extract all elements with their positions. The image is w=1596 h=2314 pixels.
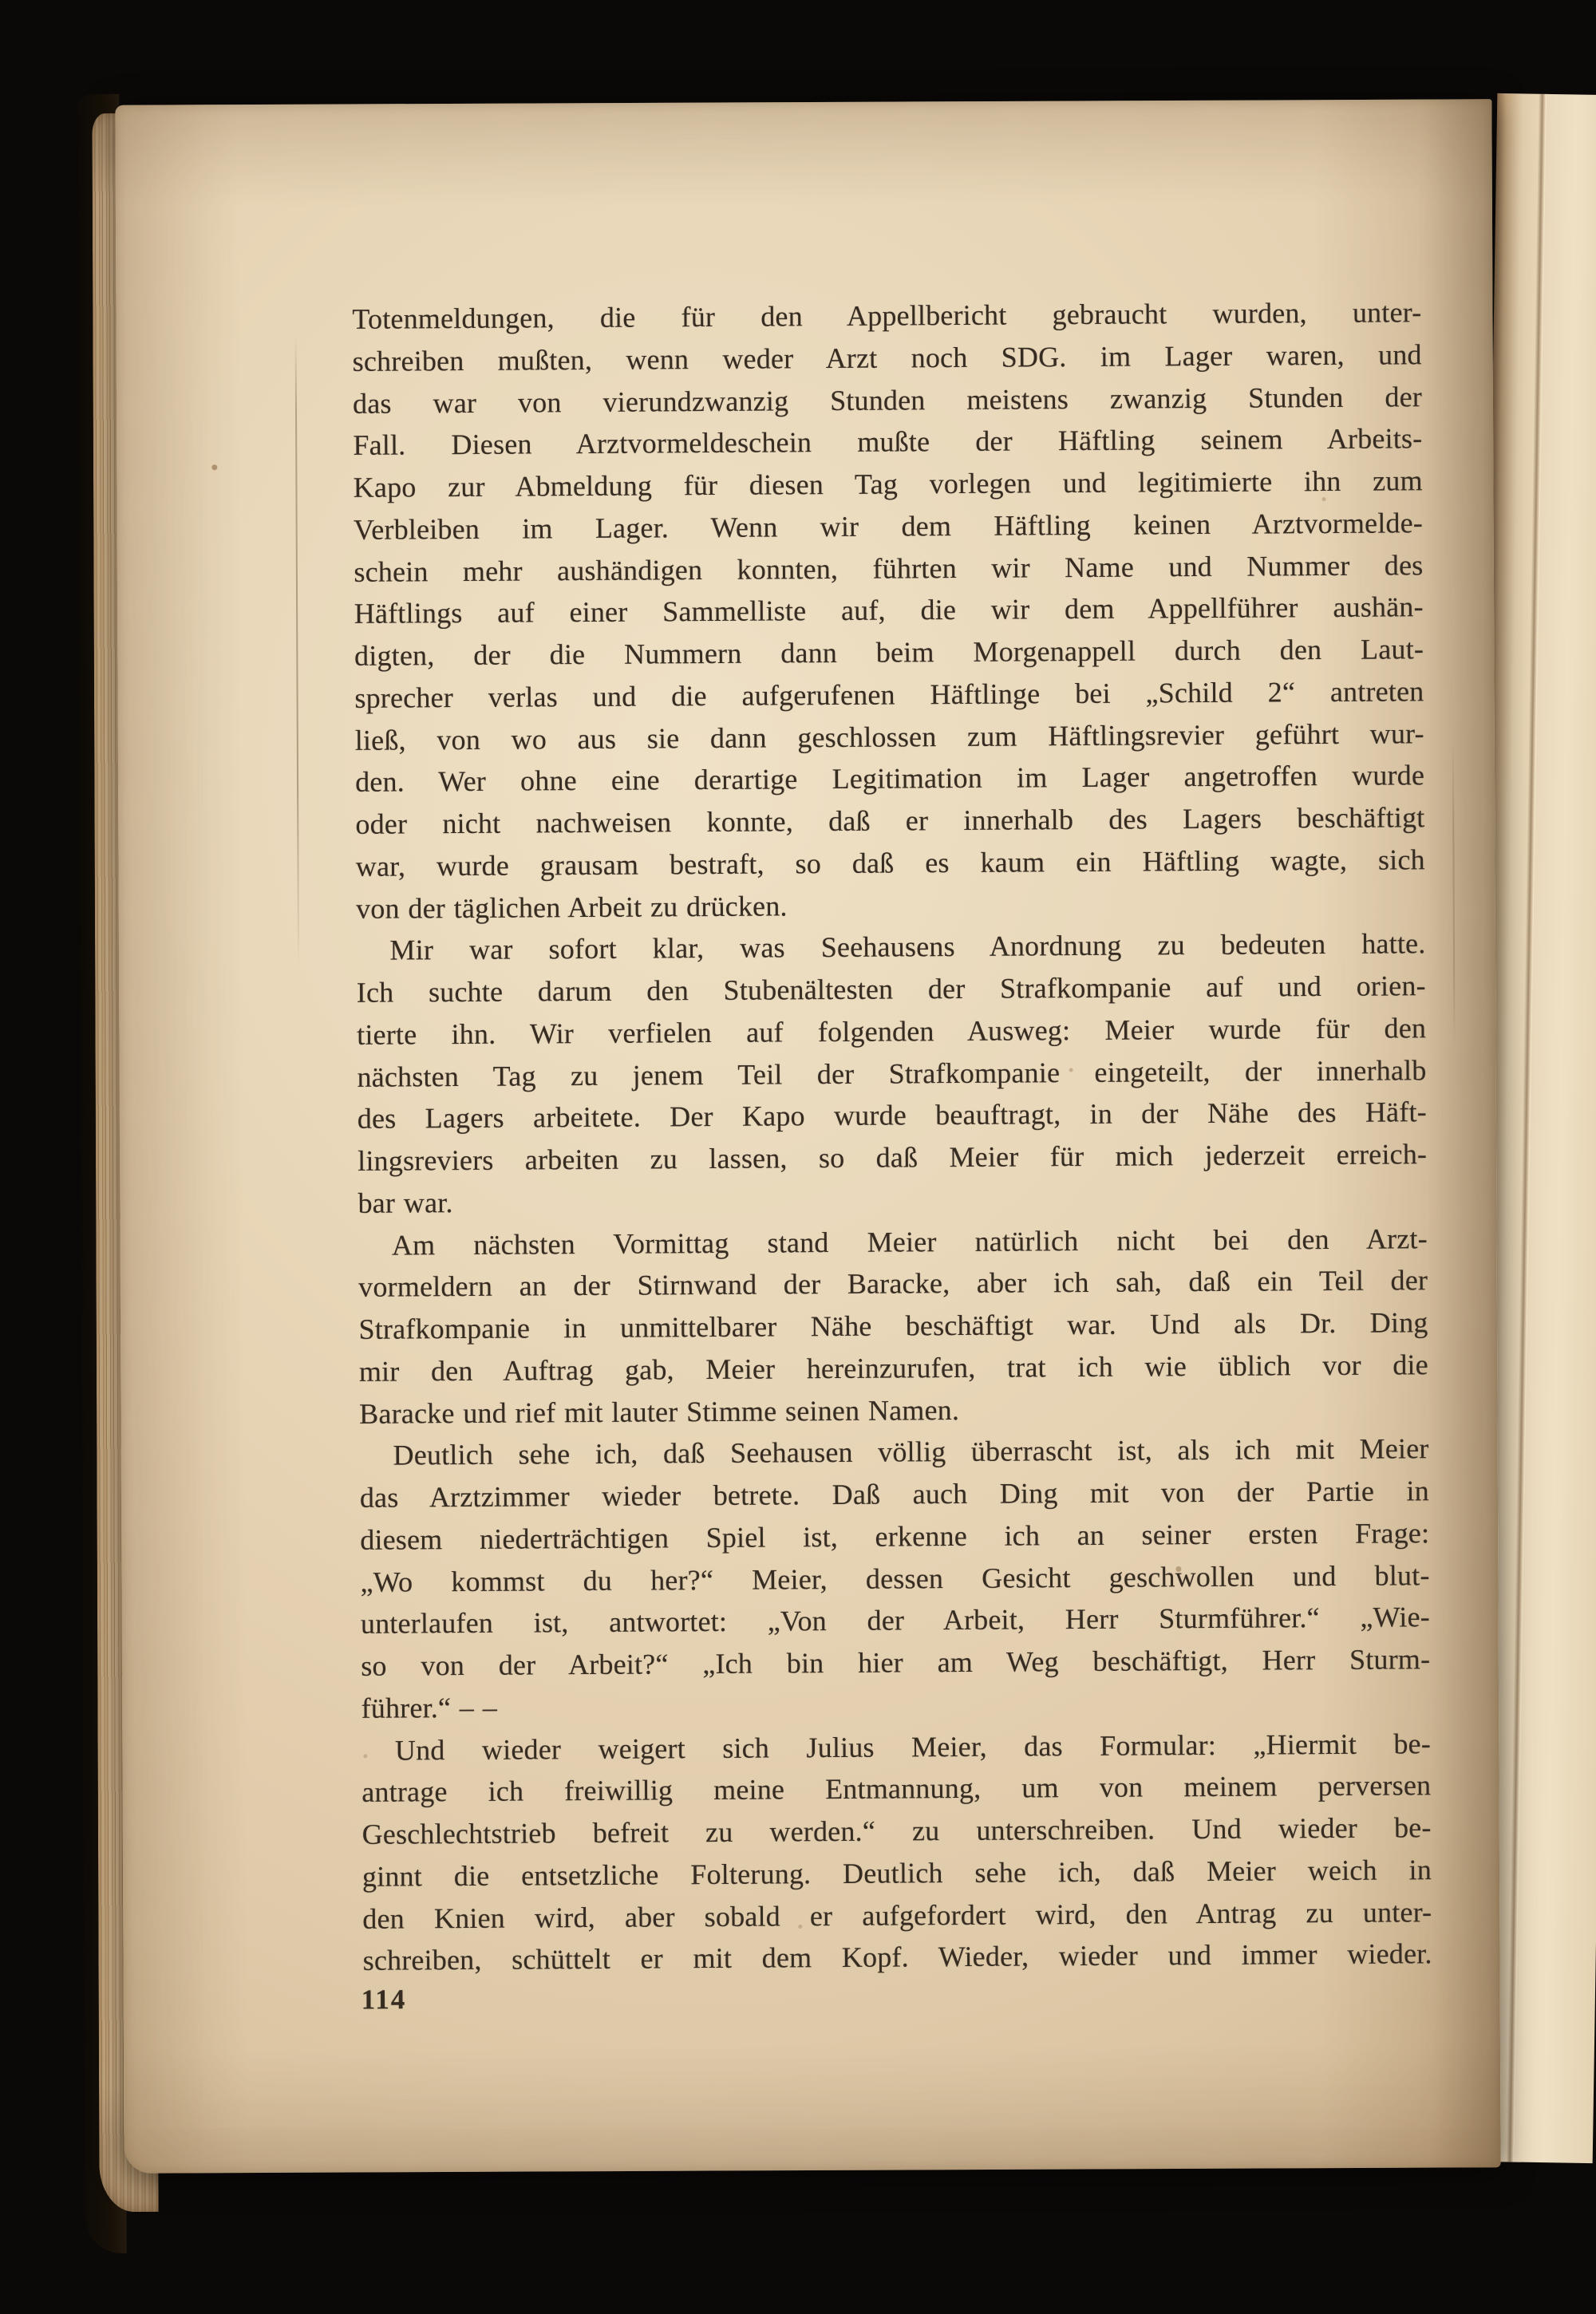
text-line: den Knien wird, aber sobald er aufgeford…	[362, 1891, 1432, 1940]
book-scan-photo: Totenmeldungen, die für den Appellberich…	[0, 0, 1596, 2314]
text-line: Am nächsten Vormittag stand Meier natürl…	[358, 1218, 1428, 1266]
text-line: Häftlings auf einer Sammelliste auf, die…	[354, 586, 1424, 634]
text-line: ginnt die entsetzliche Folterung. Deutli…	[362, 1849, 1432, 1897]
text-line: schreiben mußten, wenn weder Arzt noch S…	[353, 334, 1422, 382]
text-line: „Wo kommst du her?“ Meier, dessen Gesich…	[360, 1554, 1429, 1603]
page-number: 114	[361, 1984, 407, 2016]
text-line: mir den Auftrag gab, Meier hereinzurufen…	[359, 1344, 1428, 1392]
text-line: antrage ich freiwillig meine Entmannung,…	[361, 1764, 1431, 1813]
text-line: bar war.	[358, 1175, 1427, 1224]
text-line: oder nicht nachweisen konnte, daß er inn…	[355, 796, 1424, 845]
text-line: Verbleiben im Lager. Wenn wir dem Häftli…	[354, 502, 1423, 551]
text-line: schreiben, schüttelt er mit dem Kopf. Wi…	[362, 1933, 1432, 1981]
text-line: Fall. Diesen Arztvormeldeschein mußte de…	[353, 417, 1422, 466]
text-line: vormeldern an der Stirnwand der Baracke,…	[358, 1259, 1428, 1308]
text-line: das Arztzimmer wieder betrete. Daß auch …	[360, 1470, 1429, 1518]
page-text: Totenmeldungen, die für den Appellberich…	[352, 291, 1432, 1982]
text-line: nächsten Tag zu jenem Teil der Strafkomp…	[357, 1049, 1426, 1098]
text-line: schein mehr aushändigen konnten, führten…	[354, 544, 1423, 593]
scan-scratch	[1452, 737, 1456, 1048]
text-line: das war von vierundzwanzig Stunden meist…	[353, 376, 1422, 424]
gutter-crease	[1507, 94, 1547, 2162]
text-line: von der täglichen Arbeit zu drücken.	[356, 881, 1425, 930]
text-line: Kapo zur Abmeldung für diesen Tag vorleg…	[354, 460, 1423, 508]
text-line: ließ, von wo aus sie dann geschlossen zu…	[355, 713, 1424, 761]
text-line: so von der Arbeit?“ „Ich bin hier am Weg…	[361, 1638, 1430, 1687]
text-line: tierte ihn. Wir verfielen auf folgenden …	[357, 1007, 1426, 1056]
text-line: digten, der die Nummern dann beim Morgen…	[354, 628, 1424, 677]
text-line: Baracke und rief mit lauter Stimme seine…	[359, 1386, 1428, 1435]
text-line: führer.“ – –	[361, 1680, 1430, 1729]
text-line: unterlaufen ist, antwortet: „Von der Arb…	[361, 1596, 1430, 1645]
text-line: Totenmeldungen, die für den Appellberich…	[352, 291, 1421, 340]
book-page: Totenmeldungen, die für den Appellberich…	[115, 99, 1500, 2174]
text-line: Geschlechtstrieb befreit zu werden.“ zu …	[361, 1807, 1431, 1855]
text-line: Und wieder weigert sich Julius Meier, da…	[361, 1723, 1431, 1771]
text-line: Ich suchte darum den Stubenältesten der …	[357, 965, 1426, 1013]
text-line: Deutlich sehe ich, daß Seehausen völlig …	[359, 1427, 1428, 1476]
text-line: Mir war sofort klar, was Seehausens Anor…	[356, 922, 1425, 971]
text-line: lingsreviers arbeiten zu lassen, so daß …	[358, 1133, 1427, 1182]
text-line: war, wurde grausam bestraft, so daß es k…	[356, 839, 1425, 887]
text-line: diesem niederträchtigen Spiel ist, erken…	[360, 1512, 1429, 1561]
text-line: Strafkompanie in unmittelbarer Nähe besc…	[358, 1301, 1428, 1350]
text-line: des Lagers arbeitete. Der Kapo wurde bea…	[358, 1091, 1427, 1139]
text-line: den. Wer ohne eine derartige Legitimatio…	[355, 754, 1424, 803]
scan-scratch	[295, 338, 299, 968]
text-line: sprecher verlas und die aufgerufenen Häf…	[354, 670, 1424, 719]
